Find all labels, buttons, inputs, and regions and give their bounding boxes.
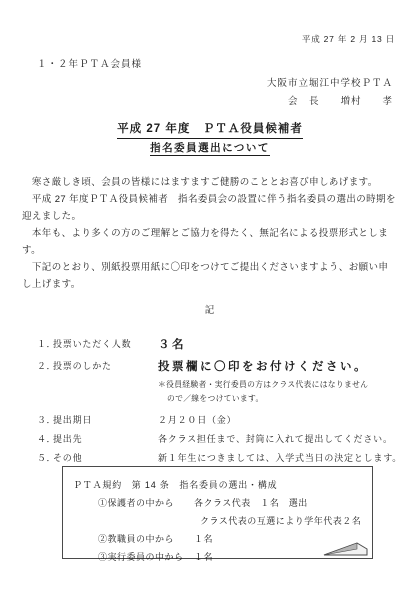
regulation-label (98, 514, 194, 527)
list-item-label: 提出先 (53, 432, 158, 445)
list-item-number: ３． (37, 413, 53, 426)
regulation-label: ②教職員の中から (98, 532, 194, 545)
list-item-value: ３名 (158, 336, 186, 352)
list-item-other: ５． その他 新１年生につきましては、入学式当日の決定とします。 (37, 451, 420, 464)
regulation-row-guardians: ①保護者の中から 各クラス代表 １名 選出 (73, 496, 372, 509)
recipient-line: １・２年ＰＴＡ会員様 (0, 56, 420, 70)
list-item-voter-count: １． 投票いただく人数 ３名 (37, 335, 420, 351)
list-item-number: ２． (37, 359, 53, 372)
numbered-list: １． 投票いただく人数 ３名 ２． 投票のしかた 投票欄に〇印をお付けください。… (0, 335, 420, 464)
regulation-value: １名 (194, 550, 213, 563)
list-item-number: ４． (37, 432, 53, 445)
list-item-number: ５． (37, 451, 53, 464)
document-title: 平成 27 年度 ＰＴＡ役員候補者 指名委員選出について (0, 120, 420, 156)
regulation-label: ①保護者の中から (98, 496, 194, 509)
regulation-value: １名 (194, 532, 213, 545)
list-item-value: 投票欄に〇印をお付けください。 (158, 358, 368, 374)
page-fold-icon (323, 541, 369, 557)
regulation-value: 各クラス代表 １名 選出 (194, 496, 308, 509)
body-text: 寒さ厳しき頃、会員の皆様にはますますご健勝のこととお喜び申しあげます。 平成 2… (0, 174, 420, 293)
list-item-label: 投票のしかた (53, 359, 158, 372)
regulation-heading: ＰＴＡ規約 第 14 条 指名委員の選出・構成 (73, 478, 372, 491)
record-marker: 記 (0, 302, 420, 316)
paragraph-method: 本年も、より多くの方のご理解とご協力を得たく、無記名による投票形式とします。 (22, 225, 396, 259)
list-item-label: その他 (53, 451, 158, 464)
regulation-label: ③実行委員の中から (98, 550, 194, 563)
regulation-box: ＰＴＡ規約 第 14 条 指名委員の選出・構成 ①保護者の中から 各クラス代表 … (62, 466, 373, 559)
list-item-deadline: ３． 提出期日 ２月２０日（金） (37, 413, 420, 426)
list-item-value: 新１年生につきましては、入学式当日の決定とします。 (158, 451, 402, 464)
paragraph-greeting: 寒さ厳しき頃、会員の皆様にはますますご健勝のこととお喜び申しあげます。 (22, 174, 396, 191)
list-item-submit-to: ４． 提出先 各クラス担任まで、封筒に入れて提出してください。 (37, 432, 420, 445)
sender-org-line: 大阪市立堀江中学校ＰＴＡ (0, 75, 420, 89)
paragraph-request: 下記のとおり、別紙投票用紙に〇印をつけてご提出くださいますよう、お願い申し上げま… (22, 259, 396, 293)
list-item-voting-method: ２． 投票のしかた 投票欄に〇印をお付けください。 (37, 357, 420, 373)
regulation-value: クラス代表の互選により学年代表２名 (194, 514, 361, 527)
document-page: 平成 27 年 2 月 13 日 １・２年ＰＴＡ会員様 大阪市立堀江中学校ＰＴＡ… (0, 0, 420, 598)
title-line-1: 平成 27 年度 ＰＴＡ役員候補者 (117, 124, 303, 139)
list-item-number: １． (37, 337, 53, 350)
regulation-row-guardians-sub: クラス代表の互選により学年代表２名 (73, 514, 372, 527)
sender-name-line: 会 長 増村 孝 (0, 93, 420, 107)
voting-note: ＊役員経験者・実行委員の方はクラス代表にはなりません ので／線をつけています。 (37, 378, 420, 406)
list-item-value: ２月２０日（金） (158, 413, 236, 426)
list-item-value: 各クラス担任まで、封筒に入れて提出してください。 (158, 432, 393, 445)
list-item-label: 投票いただく人数 (53, 337, 158, 350)
note-line-1: ＊役員経験者・実行委員の方はクラス代表にはなりません (158, 378, 420, 392)
title-line-2: 指名委員選出について (150, 143, 270, 157)
date-line: 平成 27 年 2 月 13 日 (0, 33, 420, 45)
list-item-label: 提出期日 (53, 413, 158, 426)
paragraph-purpose: 平成 27 年度ＰＴＡ役員候補者 指名委員会の設置に伴う指名委員の選出の時期を迎… (22, 191, 396, 225)
note-line-2: ので／線をつけています。 (158, 392, 420, 406)
